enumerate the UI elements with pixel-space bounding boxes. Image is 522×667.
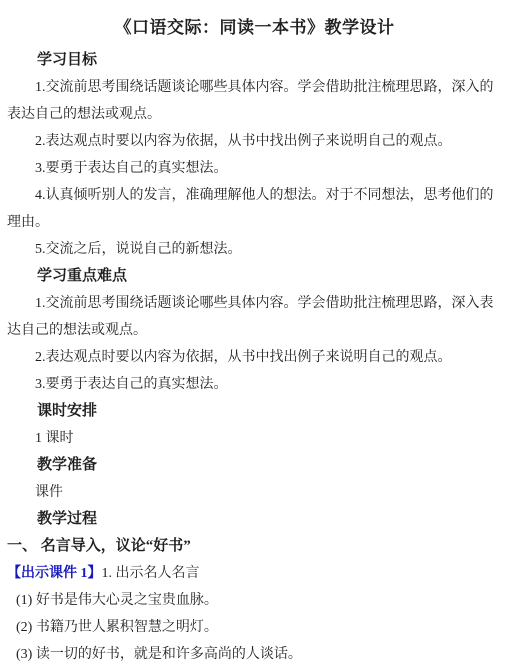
heading-teaching-process: 教学过程 (7, 506, 502, 533)
objective-item-1: 1.交流前思考围绕话题谈论哪些具体内容。学会借助批注梳理思路，深入的表达自己的想… (7, 74, 502, 128)
key-point-item-1: 1.交流前思考围绕话题谈论哪些具体内容。学会借助批注梳理思路，深入表达自己的想法… (7, 290, 502, 344)
heading-teaching-preparation: 教学准备 (7, 452, 502, 479)
heading-key-points: 学习重点难点 (7, 263, 502, 290)
document-page: 《口语交际：同读一本书》教学设计 学习目标 1.交流前思考围绕话题谈论哪些具体内… (0, 0, 522, 667)
famous-quote-2: (2) 书籍乃世人累积智慧之明灯。 (16, 614, 502, 641)
document-title: 《口语交际：同读一本书》教学设计 (7, 14, 502, 41)
famous-quote-3: (3) 读一切的好书，就是和许多高尚的人谈话。 (16, 641, 502, 667)
courseware-line: 【出示课件 1】1. 出示名人名言 (7, 560, 502, 587)
heading-learning-objectives: 学习目标 (7, 47, 502, 74)
courseware-step: 1. 出示名人名言 (102, 566, 200, 581)
objective-item-2: 2.表达观点时要以内容为依据，从书中找出例子来说明自己的观点。 (7, 128, 502, 155)
heading-class-schedule: 课时安排 (7, 398, 502, 425)
key-point-item-3: 3.要勇于表达自己的真实想法。 (7, 371, 502, 398)
teaching-preparation-value: 课件 (7, 479, 502, 506)
objective-item-3: 3.要勇于表达自己的真实想法。 (7, 155, 502, 182)
heading-part-one: 一、 名言导入，议论“好书” (7, 533, 502, 560)
key-point-item-2: 2.表达观点时要以内容为依据，从书中找出例子来说明自己的观点。 (7, 344, 502, 371)
class-schedule-value: 1 课时 (7, 425, 502, 452)
objective-item-5: 5.交流之后，说说自己的新想法。 (7, 236, 502, 263)
famous-quote-1: (1) 好书是伟大心灵之宝贵血脉。 (16, 587, 502, 614)
objective-item-4: 4.认真倾听别人的发言，准确理解他人的想法。对于不同想法，思考他们的理由。 (7, 182, 502, 236)
courseware-tag: 【出示课件 1】 (7, 566, 102, 581)
